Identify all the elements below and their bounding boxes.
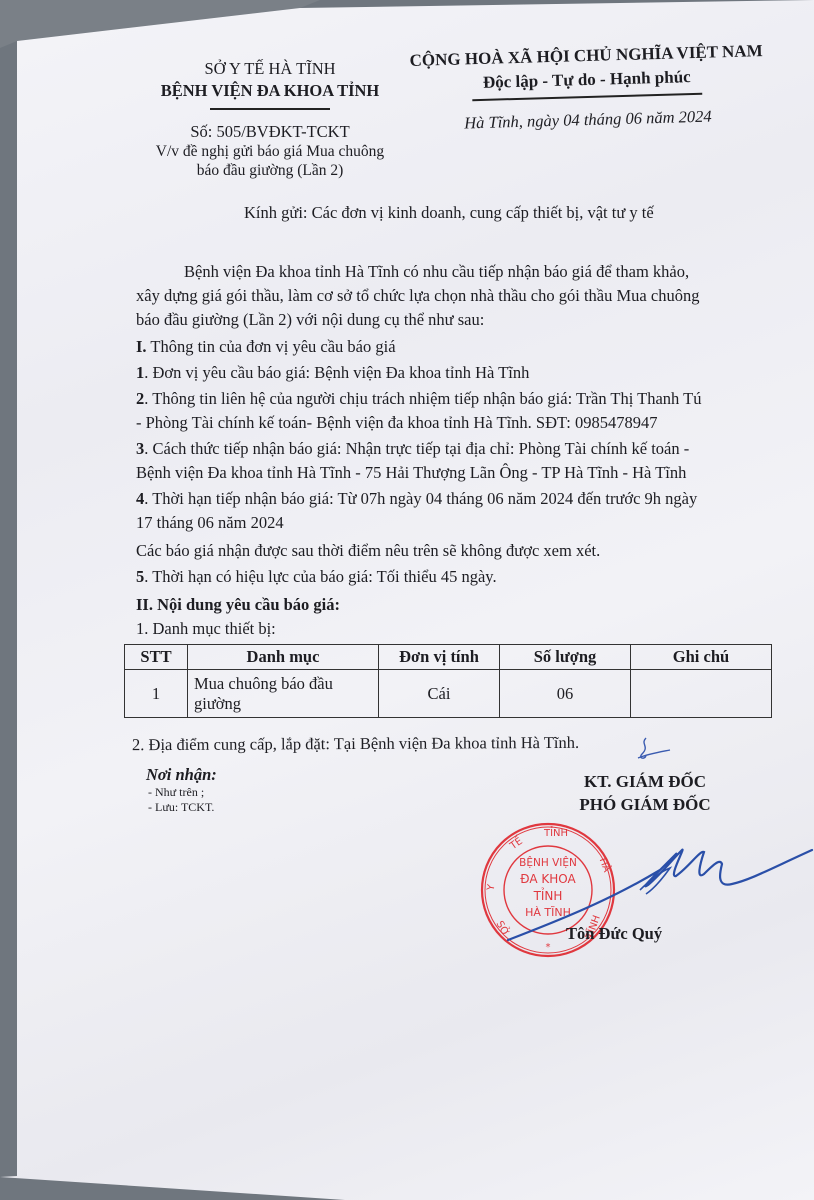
recipient-item: - Lưu: TCKT.: [146, 800, 217, 815]
document-number: Số: 505/BVĐKT-TCKT: [140, 122, 400, 142]
table-row: 1 Mua chuông báo đầu giường Cái 06: [125, 670, 772, 718]
document-page: [0, 0, 814, 1200]
table-header-row: STT Danh mục Đơn vị tính Số lượng Ghi ch…: [125, 645, 772, 670]
signature-title: KT. GIÁM ĐỐC PHÓ GIÁM ĐỐC: [545, 770, 745, 816]
section-1-item-1: 1. Đơn vị yêu cầu báo giá: Bệnh viện Đa …: [136, 362, 529, 384]
recipients-block: Nơi nhận: - Như trên ; - Lưu: TCKT.: [146, 765, 217, 815]
col-note: Ghi chú: [631, 645, 772, 670]
addressee: Kính gửi: Các đơn vị kinh doanh, cung cấ…: [244, 203, 654, 223]
organization-name: BỆNH VIỆN ĐA KHOA TỈNH: [140, 80, 400, 102]
section-1-item-5: 5. Thời hạn có hiệu lực của báo giá: Tối…: [136, 566, 497, 588]
svg-text:Y: Y: [485, 883, 497, 893]
equipment-table: STT Danh mục Đơn vị tính Số lượng Ghi ch…: [124, 644, 772, 718]
col-item: Danh mục: [188, 645, 379, 670]
cell-unit: Cái: [379, 670, 500, 718]
intro-line-1: Bệnh viện Đa khoa tỉnh Hà Tĩnh có nhu cầ…: [184, 262, 689, 282]
signature-title-line-1: KT. GIÁM ĐỐC: [545, 770, 745, 793]
header-right: CỘNG HOÀ XÃ HỘI CHỦ NGHĨA VIỆT NAM Độc l…: [395, 39, 779, 135]
intro-line-3: báo đầu giường (Lần 2) với nội dung cụ t…: [136, 310, 484, 330]
initial-mark-icon: [628, 736, 672, 764]
section-1-item-4-cont: 17 tháng 06 năm 2024: [136, 512, 284, 534]
section-1-note: Các báo giá nhận được sau thời điểm nêu …: [136, 540, 600, 562]
section-1-heading: I. Thông tin của đơn vị yêu cầu báo giá: [136, 336, 396, 358]
cell-stt: 1: [125, 670, 188, 718]
cell-note: [631, 670, 772, 718]
cell-quantity: 06: [500, 670, 631, 718]
col-quantity: Số lượng: [500, 645, 631, 670]
section-1-item-2-cont: - Phòng Tài chính kế toán- Bệnh viện đa …: [136, 412, 657, 434]
subject-line-2: báo đầu giường (Lần 2): [140, 161, 400, 180]
recipient-item: - Như trên ;: [146, 785, 217, 800]
signature-title-line-2: PHÓ GIÁM ĐỐC: [545, 793, 745, 816]
cell-item: Mua chuông báo đầu giường: [188, 670, 379, 718]
section-1-item-2: 2. Thông tin liên hệ của người chịu trác…: [136, 388, 701, 410]
col-stt: STT: [125, 645, 188, 670]
equipment-list-label: 1. Danh mục thiết bị:: [136, 618, 276, 640]
col-unit: Đơn vị tính: [379, 645, 500, 670]
signer-name: Tôn Đức Quý: [566, 924, 662, 944]
department-name: SỞ Y TẾ HÀ TĨNH: [140, 58, 400, 80]
intro-line-2: xây dựng giá gói thầu, làm cơ sở tổ chức…: [136, 286, 699, 306]
header-left: SỞ Y TẾ HÀ TĨNH BỆNH VIỆN ĐA KHOA TỈNH S…: [140, 58, 400, 180]
delivery-location: 2. Địa điểm cung cấp, lắp đặt: Tại Bệnh …: [132, 733, 579, 755]
section-2-heading: II. Nội dung yêu cầu báo giá:: [136, 594, 340, 616]
subject-line-1: V/v đề nghị gửi báo giá Mua chuông: [140, 142, 400, 161]
header-left-underline: [210, 108, 330, 110]
section-1-item-3-cont: Bệnh viện Đa khoa tỉnh Hà Tĩnh - 75 Hải …: [136, 462, 686, 484]
section-1-item-4: 4. Thời hạn tiếp nhận báo giá: Từ 07h ng…: [136, 488, 697, 510]
section-1-item-3: 3. Cách thức tiếp nhận báo giá: Nhận trự…: [136, 438, 689, 460]
recipients-title: Nơi nhận:: [146, 765, 217, 785]
